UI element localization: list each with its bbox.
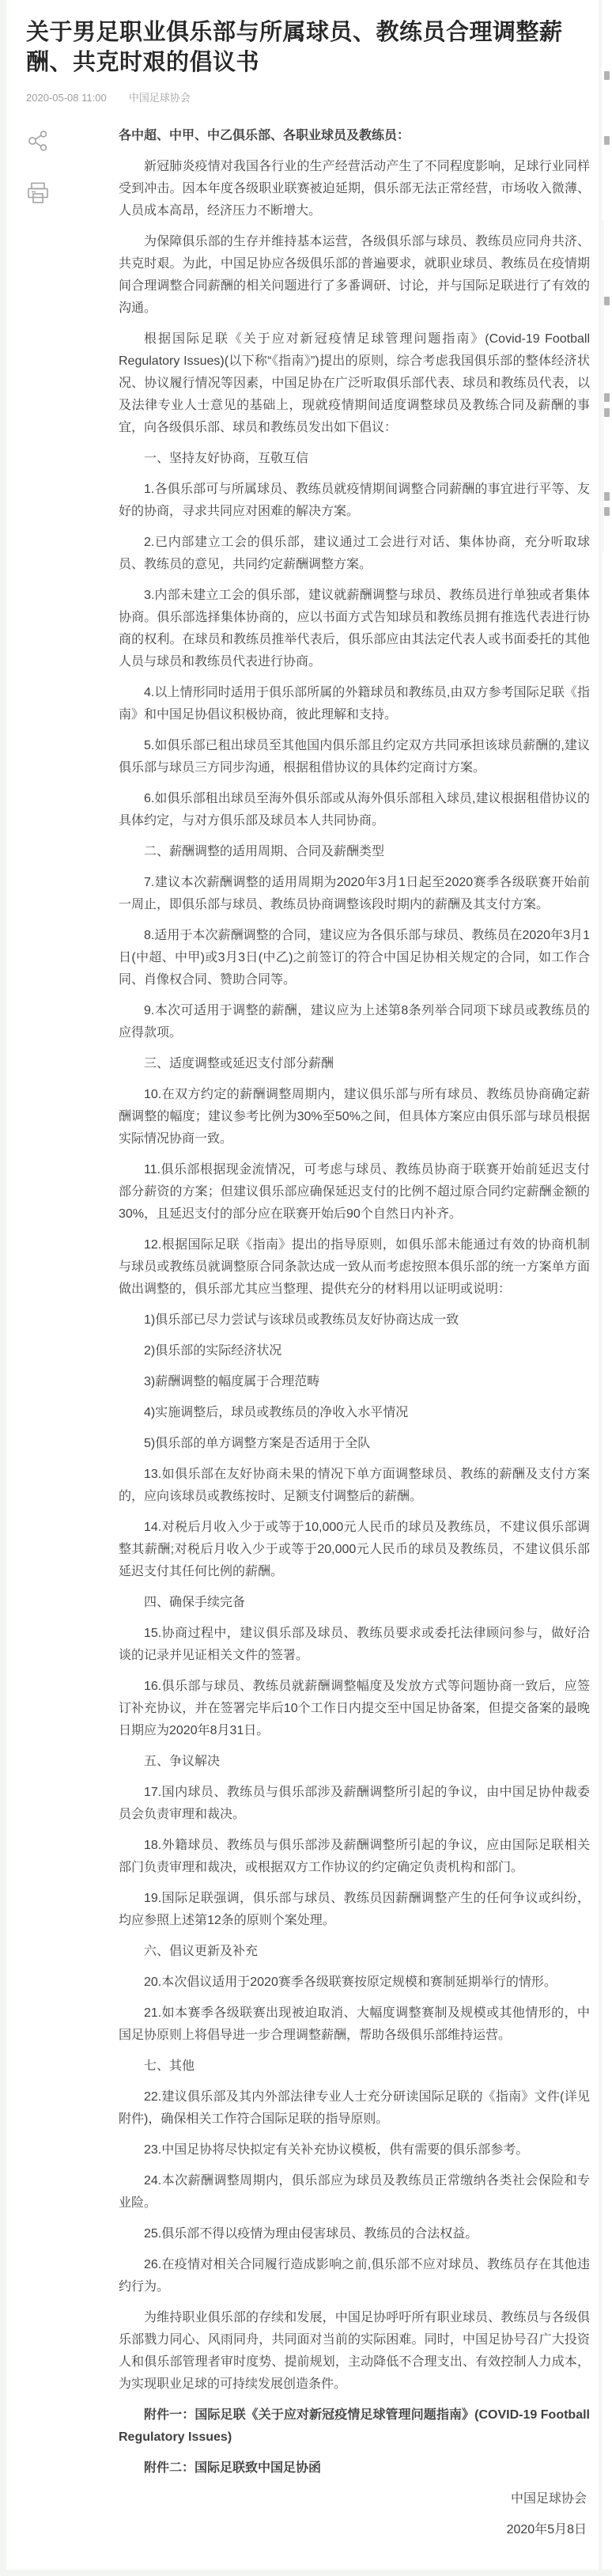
paragraph: 8.适用于本次薪酬调整的合同，建议应为各俱乐部与球员、教练员在2020年3月1日… [119,925,590,991]
article-blocks: 新冠肺炎疫情对我国各行业的生产经营活动产生了不同程度影响，足球行业同样受到冲击。… [119,156,590,2479]
page-bottom-gutter [0,2570,612,2576]
paragraph: 16.俱乐部与球员、教练员就薪酬调整幅度及发放方式等问题协商一致后，应签订补充协… [119,1676,590,1742]
paragraph: 3.内部未建立工会的俱乐部，建议就薪酬调整与球员、教练员进行单独或者集体协商。俱… [119,585,590,673]
paragraph: 24.本次薪酬调整周期内，俱乐部应为球员及教练员正常缴纳各类社会保险和专业险。 [119,2170,590,2214]
paragraph: 为保障俱乐部的生存并维持基本运营，各级俱乐部与球员、教练员应同舟共济、共克时艰。… [119,231,590,320]
article-body: 各中超、中甲、中乙俱乐部、各职业球员及教练员： 新冠肺炎疫情对我国各行业的生产经… [6,125,599,2541]
paragraph: 18.外籍球员、教练员与俱乐部涉及薪酬调整所引起的争议，应由国际足联相关部门负责… [119,1835,590,1879]
clipped-text-fragment [604,492,610,501]
sub-item: 4)实施调整后，球员或教练员的净收入水平情况 [119,1402,590,1424]
clipped-text-fragment [604,507,610,516]
clipped-text-fragment [604,71,610,80]
clipped-right-rail [602,0,612,2570]
paragraph: 2.已内部建立工会的俱乐部，建议通过工会进行对话、集体协商，充分听取球员、教练员… [119,532,590,576]
paragraph: 4.以上情形同时适用于俱乐部所属的外籍球员和教练员,由双方参考国际足联《指南》和… [119,682,590,726]
paragraph: 5.如俱乐部已租出球员至其他国内俱乐部且约定双方共同承担该球员薪酬的,建议俱乐部… [119,735,590,779]
paragraph: 新冠肺炎疫情对我国各行业的生产经营活动产生了不同程度影响，足球行业同样受到冲击。… [119,156,590,222]
paragraph: 21.如本赛季各级联赛出现被迫取消、大幅度调整赛制及规模或其他情形的，中国足协原… [119,2002,590,2047]
section-heading: 五、争议解决 [119,1751,590,1773]
article-meta: 2020-05-08 11:00中国足球协会 [26,89,583,104]
clipped-text-fragment [604,393,610,402]
paragraph: 11.俱乐部根据现金流情况，可考虑与球员、教练员协商于联赛开始前延迟支付部分薪资… [119,1159,590,1225]
paragraph: 19.国际足联强调，俱乐部与球员、教练员因薪酬调整产生的任何争议或纠纷，均应参照… [119,1888,590,1932]
article-card: 关于男足职业俱乐部与所属球员、教练员合理调整薪酬、共克时艰的倡议书 2020-0… [6,0,599,2570]
page-title: 关于男足职业俱乐部与所属球员、教练员合理调整薪酬、共克时艰的倡议书 [26,17,583,78]
attachment-line: 附件二：国际足联致中国足协函 [119,2457,590,2479]
rail-divider [603,220,603,552]
paragraph: 1.各俱乐部可与所属球员、教练员就疫情期间调整合同薪酬的事宜进行平等、友好的协商… [119,479,590,523]
side-toolbar [25,128,52,233]
sub-item: 5)俱乐部的单方调整方案是否适用于全队 [119,1433,590,1455]
sub-item: 3)薪酬调整的幅度属于合理范畴 [119,1371,590,1393]
section-heading: 一、坚持友好协商，互敬互信 [119,448,590,470]
paragraph: 10.在双方约定的薪酬调整周期内，建议俱乐部与所有球员、教练员协商确定薪酬调整的… [119,1084,590,1150]
attachment-line: 附件一：国际足联《关于应对新冠疫情足球管理问题指南》(COVID-19 Foot… [119,2404,590,2449]
paragraph: 17.国内球员、教练员与俱乐部涉及薪酬调整所引起的争议，由中国足协仲裁委员会负责… [119,1782,590,1826]
clipped-text-fragment [604,297,610,305]
paragraph: 26.在疫情对相关合同履行造成影响之前,俱乐部不应对球员、教练员存在其他违约行为… [119,2254,590,2298]
paragraph: 6.如俱乐部租出球员至海外俱乐部或从海外俱乐部租入球员,建议根据租借协议的具体约… [119,788,590,832]
paragraph: 20.本次倡议适用于2020赛季各级联赛按原定规模和赛制延期举行的情形。 [119,1972,590,1994]
section-heading: 四、确保手续完备 [119,1592,590,1614]
print-button[interactable] [25,180,51,206]
paragraph: 23.中国足协将尽快拟定有关补充协议模板，供有需要的俱乐部参考。 [119,2139,590,2161]
paragraph: 9.本次可适用于调整的薪酬，建议应为上述第8条列举合同项下球员或教练员的应得款项… [119,1000,590,1044]
sub-item: 1)俱乐部已尽力尝试与该球员或教练员友好协商达成一致 [119,1309,590,1332]
clipped-text-fragment [604,136,610,145]
share-icon [25,128,51,153]
article-content: 各中超、中甲、中乙俱乐部、各职业球员及教练员： 新冠肺炎疫情对我国各行业的生产经… [119,125,590,2541]
paragraph: 12.根据国际足联《指南》提出的指导原则，如俱乐部未能通过有效的协商机制与球员或… [119,1234,590,1301]
printer-icon [25,180,51,206]
publish-datetime: 2020-05-08 11:00 [26,92,107,104]
signature-org: 中国足球协会 [119,2488,590,2510]
paragraph: 14.对税后月收入少于或等于10,000元人民币的球员及教练员，不建议俱乐部调整… [119,1517,590,1583]
paragraph: 22.建议俱乐部及其内外部法律专业人士充分研读国际足联的《指南》文件(详见附件)… [119,2086,590,2131]
paragraph: 15.协商过程中，建议俱乐部及球员、教练员要求或委托法律顾问参与，做好洽谈的记录… [119,1623,590,1667]
share-button[interactable] [25,128,51,153]
section-heading: 三、适度调整或延迟支付部分薪酬 [119,1053,590,1075]
sub-item: 2)俱乐部的实际经济状况 [119,1340,590,1362]
paragraph: 为维持职业俱乐部的存续和发展，中国足协呼吁所有职业球员、教练员与各级俱乐部戮力同… [119,2307,590,2396]
signature-date: 2020年5月8日 [119,2519,590,2541]
paragraph: 根据国际足联《关于应对新冠疫情足球管理问题指南》(Covid-19 Footba… [119,328,590,439]
paragraph: 7.建议本次薪酬调整的适用周期为2020年3月1日起至2020赛季各级联赛开始前… [119,872,590,916]
section-heading: 六、倡议更新及补充 [119,1941,590,1963]
article-header: 关于男足职业俱乐部与所属球员、教练员合理调整薪酬、共克时艰的倡议书 2020-0… [6,0,599,104]
section-heading: 二、薪酬调整的适用周期、合同及薪酬类型 [119,841,590,863]
paragraph: 25.俱乐部不得以疫情为理由侵害球员、教练员的合法权益。 [119,2223,590,2245]
clipped-text-fragment [604,408,610,417]
source-name: 中国足球协会 [129,92,191,104]
paragraph: 13.如俱乐部在友好协商未果的情况下单方面调整球员、教练的薪酬及支付方案的，应向… [119,1464,590,1508]
section-heading: 七、其他 [119,2055,590,2078]
salutation: 各中超、中甲、中乙俱乐部、各职业球员及教练员： [119,125,590,147]
